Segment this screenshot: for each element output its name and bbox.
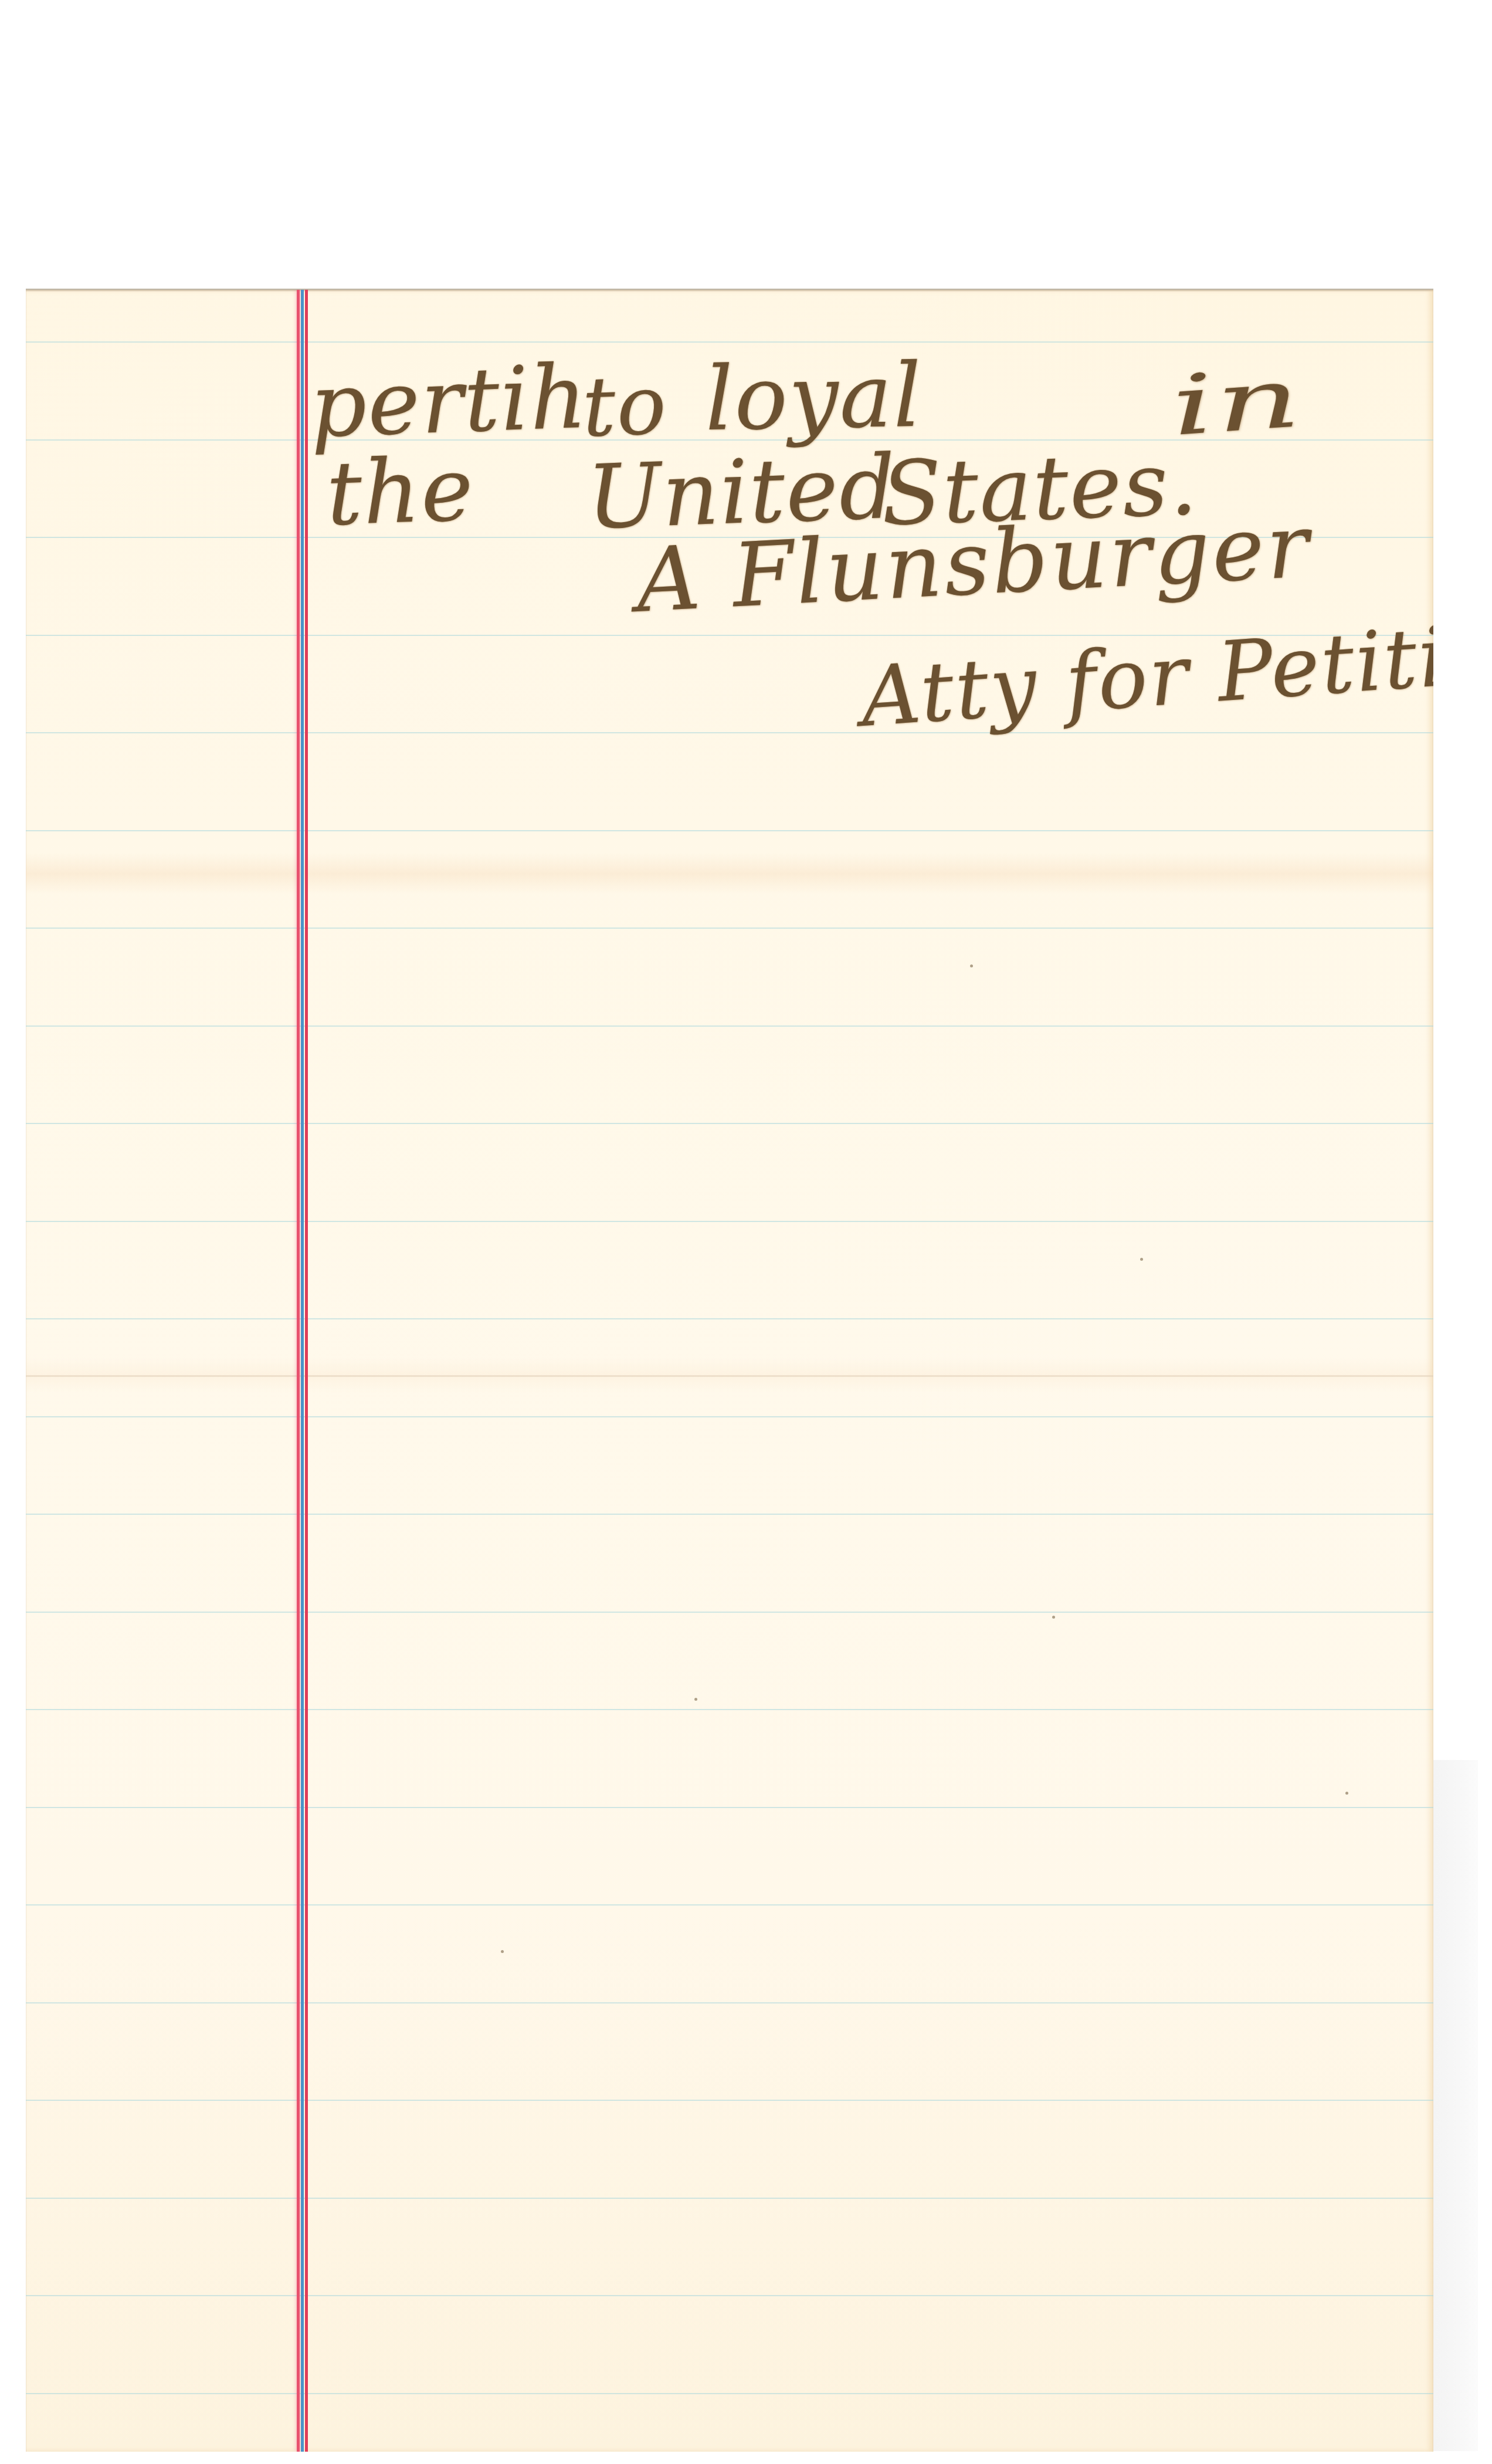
rule-line (26, 732, 1433, 733)
signature-title: Atty for Petitioner. (858, 594, 1433, 746)
rule-line (26, 2198, 1433, 2199)
fold-stain (26, 1358, 1433, 1393)
rule-line (26, 2393, 1433, 2394)
rule-line (26, 1416, 1433, 1417)
paper-speck (970, 964, 973, 967)
rule-line (26, 1025, 1433, 1027)
rule-line (26, 1904, 1433, 1905)
rule-line (26, 928, 1433, 929)
rule-line (26, 1123, 1433, 1124)
rule-line (26, 341, 1433, 343)
paper-speck (694, 1698, 697, 1701)
margin-rule (297, 290, 311, 2452)
paper-speck (1345, 1792, 1348, 1795)
rule-line (26, 2295, 1433, 2296)
paper-speck (501, 1950, 504, 1953)
handwritten-word: loyal (704, 345, 923, 451)
margin-line-red (297, 290, 300, 2452)
rule-line (26, 1612, 1433, 1613)
paper-speck (1140, 1258, 1143, 1261)
rule-line (26, 2100, 1433, 2101)
rule-line (26, 1709, 1433, 1710)
reverse-side-bleed-through (433, 1226, 534, 1334)
fold-stain (26, 853, 1433, 894)
paper-speck (1052, 1616, 1055, 1619)
rule-line (26, 1318, 1433, 1319)
rule-line (26, 830, 1433, 831)
rule-line (26, 2002, 1433, 2003)
rule-line (26, 1221, 1433, 1222)
margin-line-blue (301, 290, 304, 2452)
rule-line (26, 1807, 1433, 1808)
handwritten-word: to (581, 357, 669, 456)
rule-line (26, 1514, 1433, 1515)
scan-shadow (1429, 1760, 1478, 2451)
handwritten-word: the (325, 438, 476, 546)
paper-sheet: pertih to loyal in the United States. A … (26, 289, 1433, 2452)
margin-line-red (305, 290, 308, 2452)
